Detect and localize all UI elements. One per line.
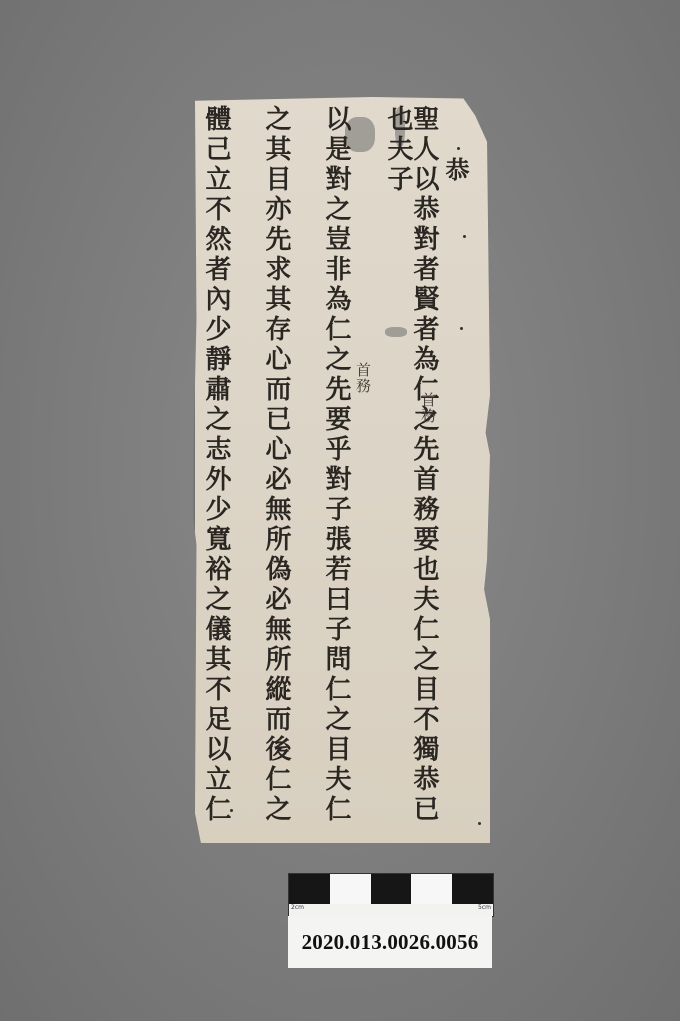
scale-right-label: 5cm	[478, 904, 491, 911]
scale-left-label: 2cm	[291, 904, 304, 911]
ink-dot	[457, 147, 460, 150]
ink-dot	[460, 327, 463, 330]
catalog-number-label: 2020.013.0026.0056	[288, 916, 492, 968]
margin-annotation: 首務	[355, 362, 370, 394]
scale-bar: 2cm 5cm	[288, 873, 494, 917]
scale-segment	[411, 874, 452, 904]
title-character: 恭	[443, 157, 467, 185]
manuscript-column-4: 體己立不然者內少靜肅之志外少寬裕之儀其不足以立仁	[203, 105, 229, 825]
scale-segment	[330, 874, 371, 904]
manuscript-column-2: 以是對之豈非為仁之先要乎對子張若曰子問仁之目夫仁	[323, 105, 349, 825]
scale-segment	[452, 874, 493, 904]
margin-annotation: 首務	[420, 392, 435, 424]
manuscript-column-3: 之其目亦先求其存心而已心必無所偽必無所縱而後仁之	[263, 105, 289, 825]
scale-segment	[289, 874, 330, 904]
ink-dot	[230, 809, 233, 812]
manuscript-paper: 恭 聖人以恭對者賢者為仁之先首務要也夫仁之目不獨恭已也夫子 以是對之豈非為仁之先…	[195, 97, 490, 843]
ink-dot	[478, 822, 481, 825]
scale-segment	[371, 874, 412, 904]
manuscript-column-1: 聖人以恭對者賢者為仁之先首務要也夫仁之目不獨恭已也夫子	[385, 105, 437, 843]
ink-dot	[463, 235, 466, 238]
